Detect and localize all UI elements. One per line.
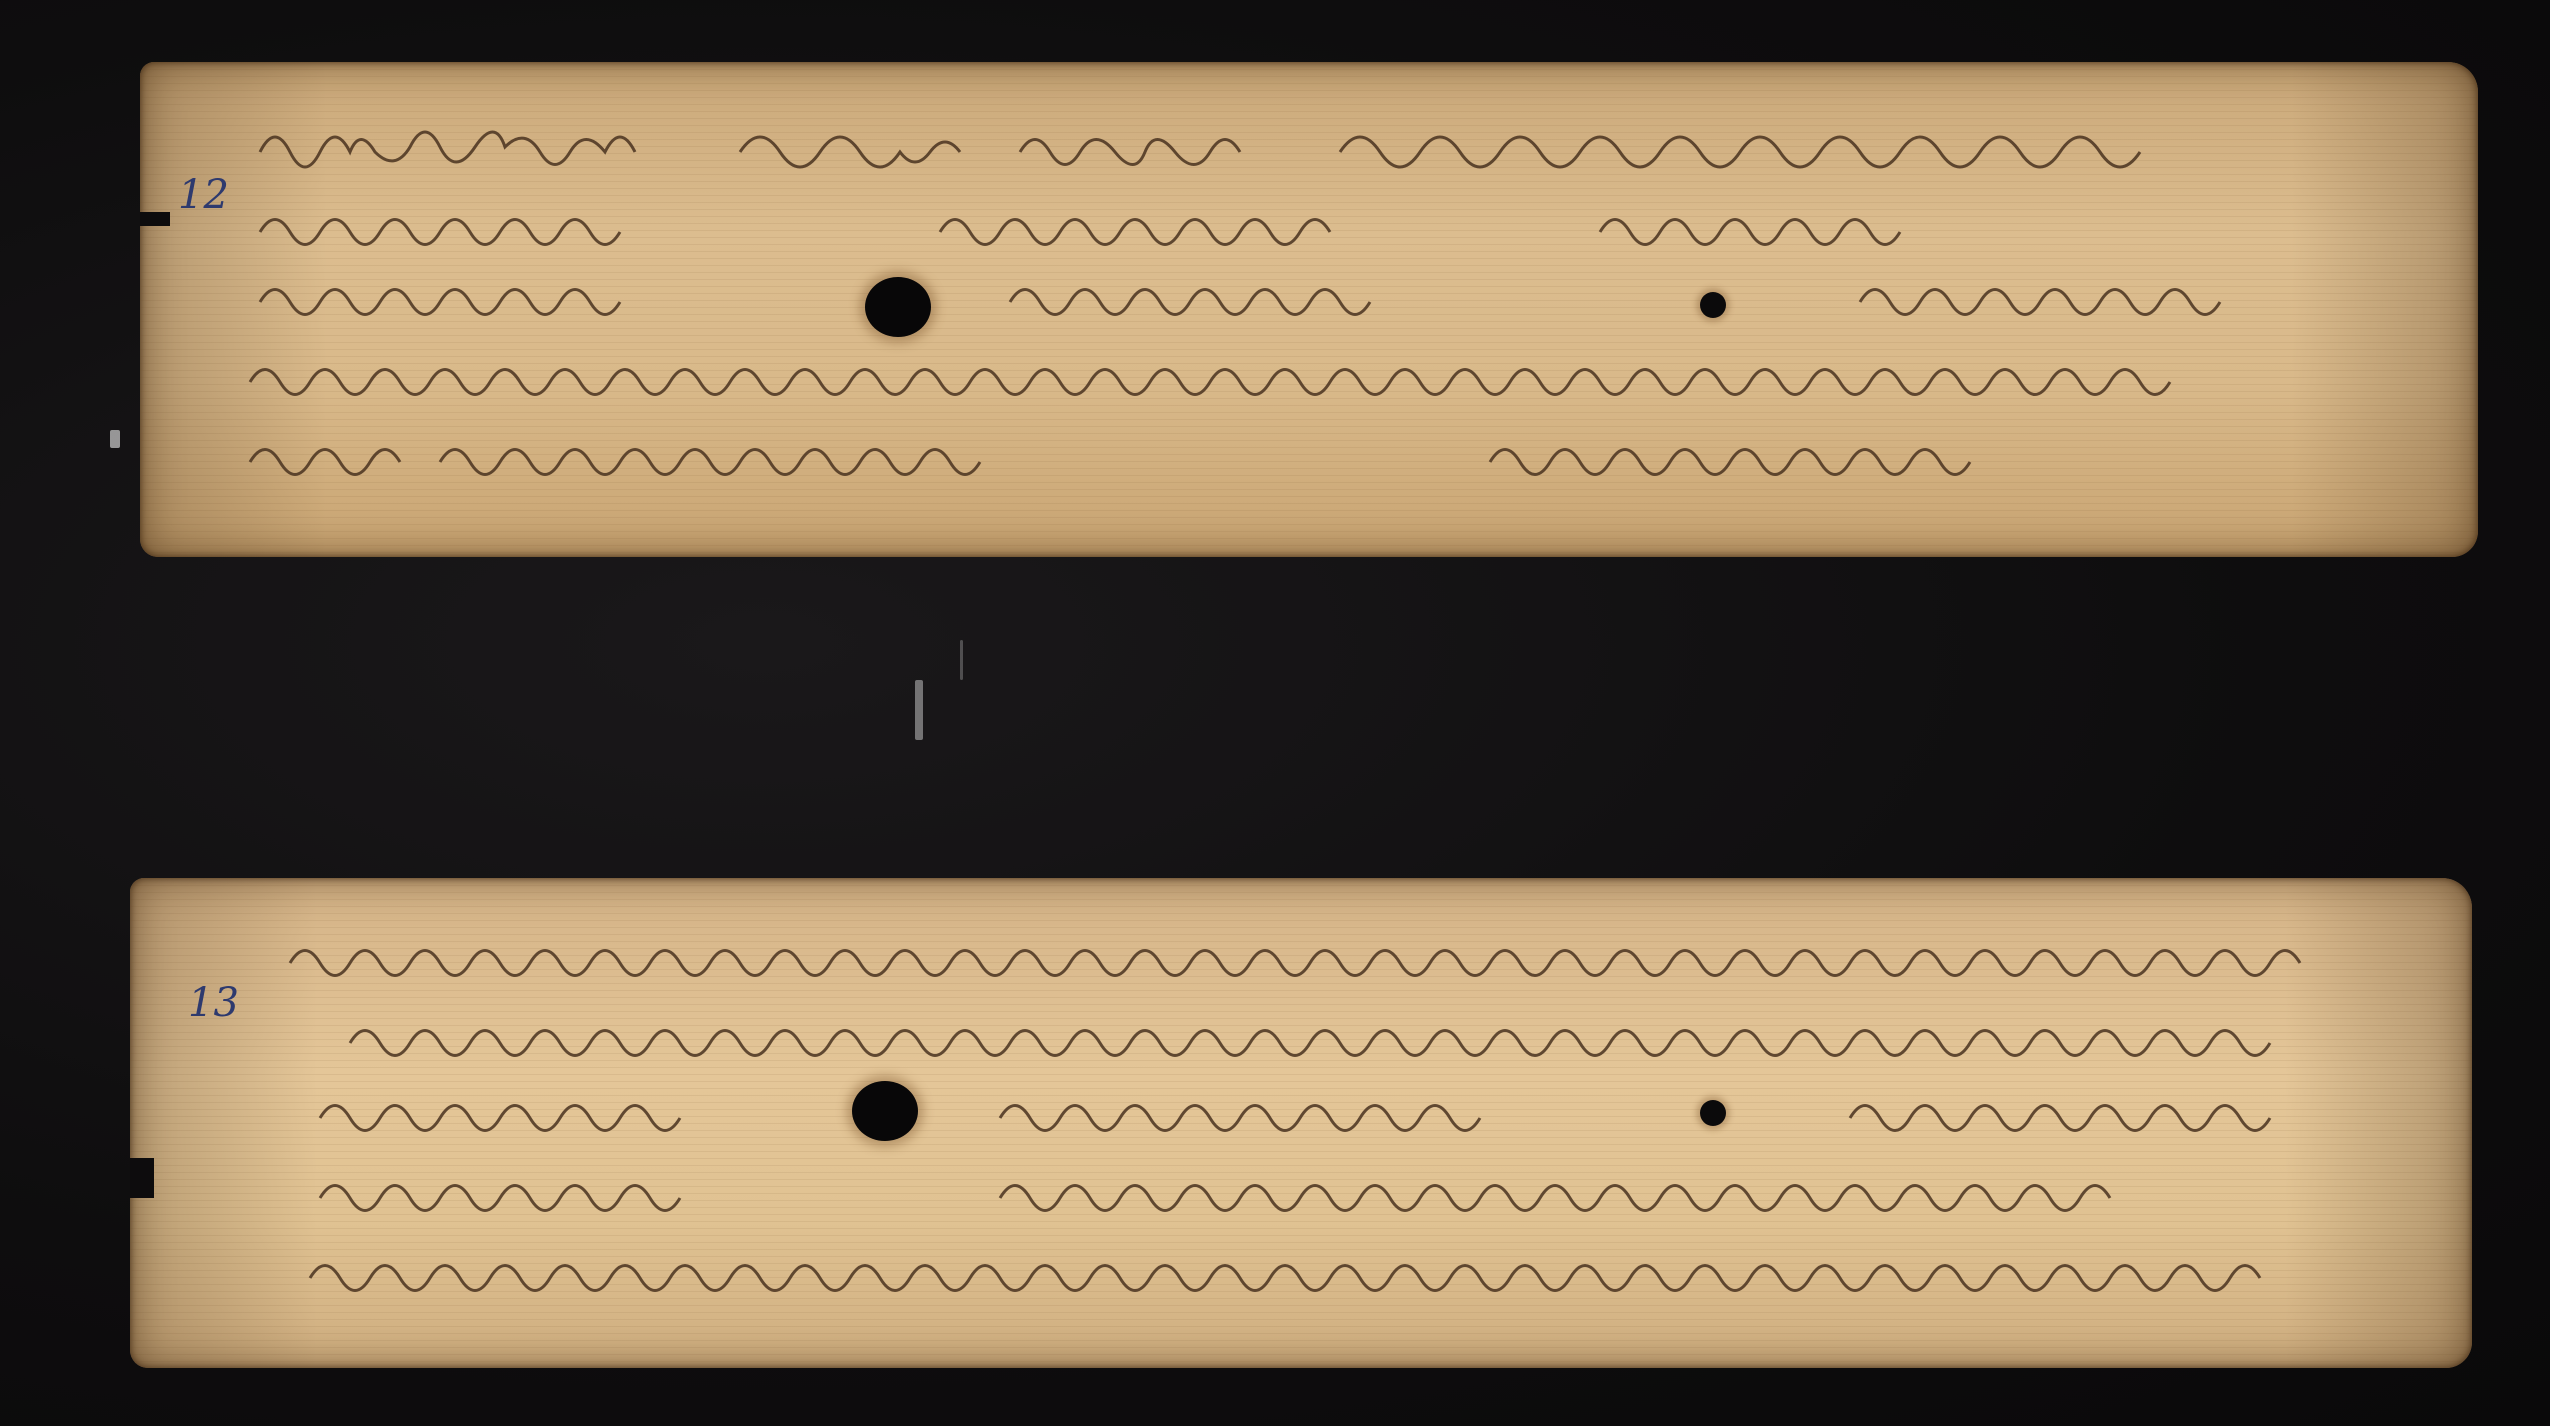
script-strokes (140, 342, 2478, 422)
script-strokes (130, 1003, 2472, 1083)
script-strokes (130, 1158, 2472, 1238)
script-strokes (140, 112, 2478, 192)
script-strokes (130, 923, 2472, 1003)
script-strokes (140, 422, 2478, 502)
lint-fiber (915, 680, 923, 740)
script-strokes (130, 1238, 2472, 1318)
script-line (140, 192, 2478, 252)
script-line (140, 112, 2478, 172)
palm-leaf-folio-13: 13 (130, 878, 2472, 1368)
script-line (130, 1003, 2472, 1063)
script-line (140, 422, 2478, 482)
script-strokes (140, 262, 2478, 342)
script-line (140, 262, 2478, 322)
lint-fiber (110, 430, 120, 448)
script-line (130, 1158, 2472, 1218)
script-line (140, 342, 2478, 402)
script-line (130, 1078, 2472, 1138)
script-strokes (130, 1078, 2472, 1158)
script-strokes (140, 192, 2478, 272)
script-line (130, 923, 2472, 983)
lint-fiber (960, 640, 963, 680)
palm-leaf-folio-12: 12 (140, 62, 2478, 557)
script-line (130, 1238, 2472, 1298)
